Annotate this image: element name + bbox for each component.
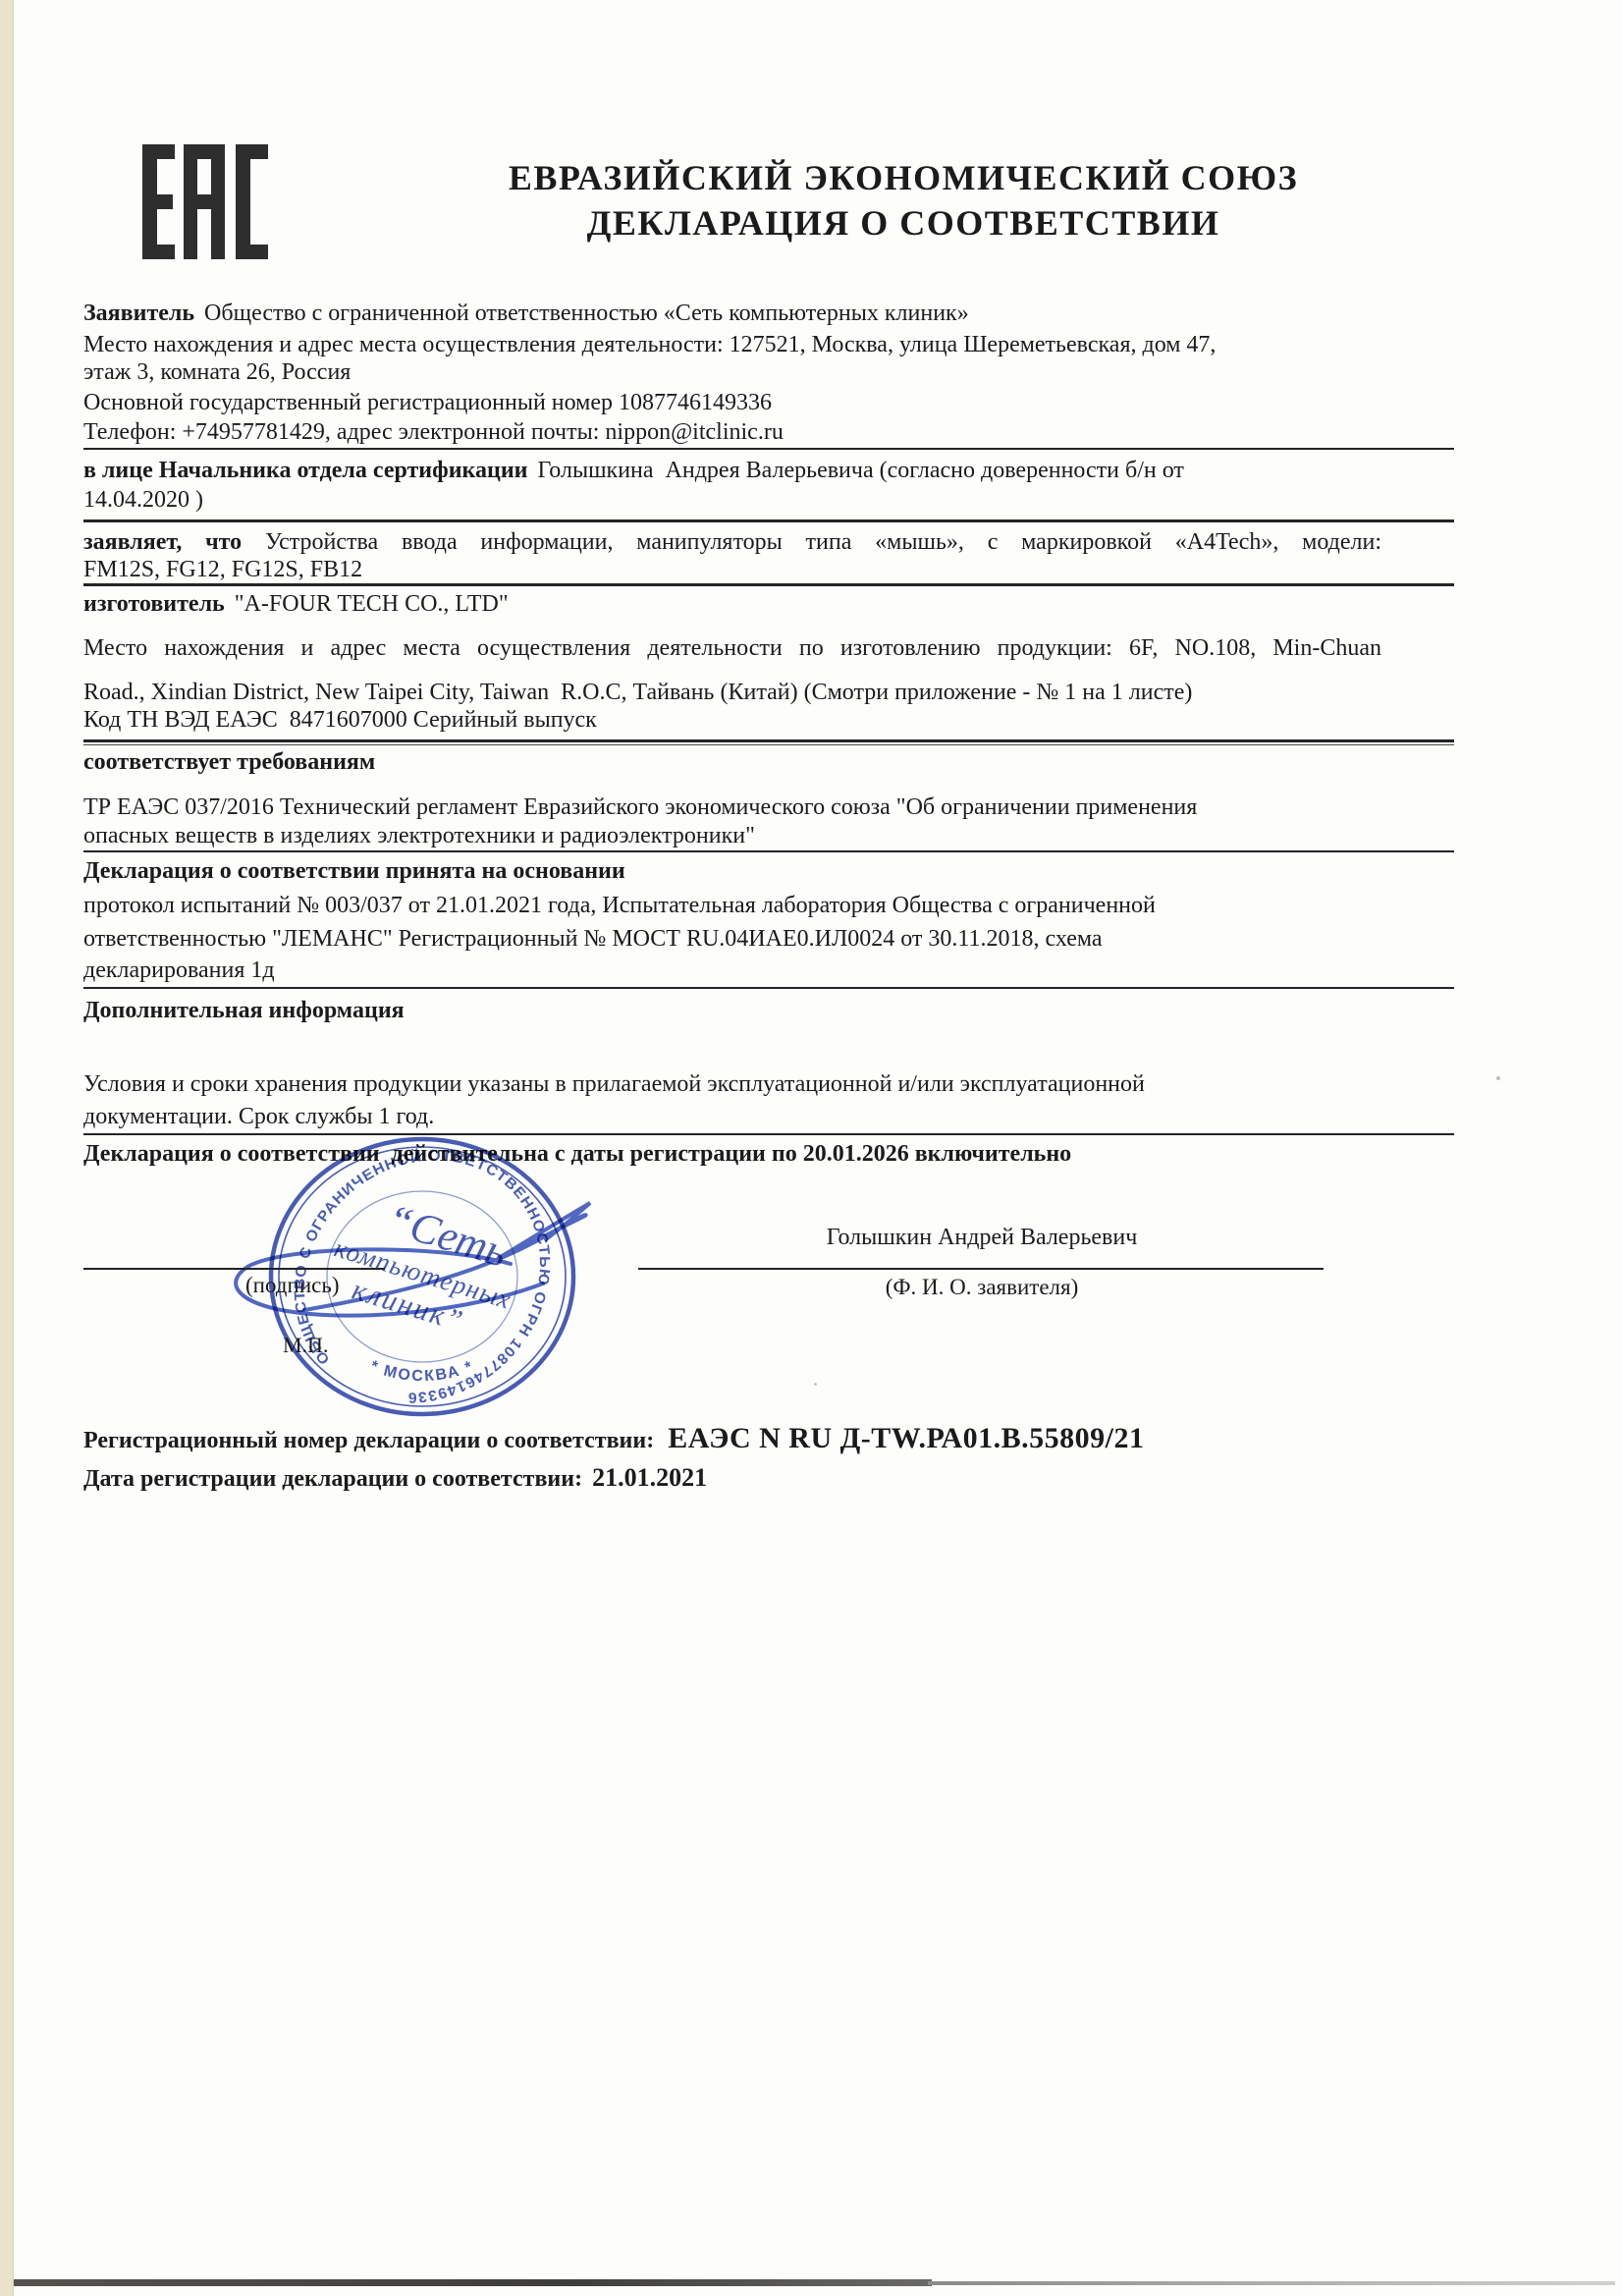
signer-name-caption: (Ф. И. О. заявителя)	[638, 1275, 1325, 1300]
applicant-name-line: ЗаявительОбщество с ограниченной ответст…	[83, 301, 969, 327]
applicant-address-line-2: этаж 3, комната 26, Россия	[83, 359, 351, 386]
registration-number-value: ЕАЭС N RU Д-TW.РА01.В.55809/21	[668, 1422, 1144, 1454]
representative-label: в лице Начальника отдела сертификации	[83, 458, 528, 483]
section-divider-5	[83, 850, 1454, 852]
declares-text: Устройства ввода информации, манипулятор…	[242, 529, 1381, 555]
signature-caption: (подпись)	[245, 1273, 339, 1298]
title-line-2: ДЕКЛАРАЦИЯ О СООТВЕТСТВИИ	[295, 200, 1512, 246]
basis-line-3: декларирования 1д	[83, 957, 275, 984]
basis-label: Декларация о соответствии принята на осн…	[83, 858, 625, 885]
applicant-name: Общество с ограниченной ответственностью…	[204, 301, 969, 326]
section-divider-3	[83, 583, 1454, 586]
signer-name: Голышкин Андрей Валерьевич	[638, 1225, 1325, 1251]
section-divider-1	[83, 448, 1454, 450]
signature-line	[83, 1268, 385, 1270]
manufacturer-name: "A-FOUR TECH CO., LTD"	[235, 591, 509, 617]
manufacturer-label: изготовитель	[83, 591, 225, 617]
registration-date-line: Дата регистрации декларации о соответств…	[83, 1463, 707, 1493]
registration-number-label: Регистрационный номер декларации о соотв…	[83, 1428, 654, 1453]
manufacturer-line: изготовитель"A-FOUR TECH CO., LTD"	[83, 591, 509, 618]
registration-date-label: Дата регистрации декларации о соответств…	[83, 1466, 582, 1492]
declares-line: заявляет, что Устройства ввода информаци…	[83, 529, 1381, 556]
additional-label: Дополнительная информация	[83, 998, 405, 1024]
applicant-ogrn-line: Основной государственный регистрационный…	[83, 390, 772, 416]
seal-caption: М.П.	[283, 1333, 328, 1358]
section-divider-2	[83, 519, 1454, 522]
title-line-1: ЕВРАЗИЙСКИЙ ЭКОНОМИЧЕСКИЙ СОЮЗ	[295, 155, 1512, 200]
tnved-line: Код ТН ВЭД ЕАЭС 8471607000 Серийный выпу…	[83, 707, 597, 734]
section-divider-6	[83, 987, 1454, 989]
scan-speck	[814, 1383, 817, 1386]
compliance-label: соответствует требованиям	[83, 749, 375, 776]
registration-date-value: 21.01.2021	[592, 1463, 707, 1492]
basis-line-1: протокол испытаний № 003/037 от 21.01.20…	[83, 893, 1156, 919]
scan-speck	[1496, 1076, 1500, 1080]
page-title: ЕВРАЗИЙСКИЙ ЭКОНОМИЧЕСКИЙ СОЮЗ ДЕКЛАРАЦИ…	[295, 155, 1512, 246]
basis-line-2: ответственностью "ЛЕМАНС" Регистрационны…	[83, 926, 1103, 953]
manufacturer-address-line-2: Road., Xindian District, New Taipei City…	[83, 680, 1192, 706]
representative-line-1: в лице Начальника отдела сертификацииГол…	[83, 458, 1184, 484]
left-scan-edge	[0, 0, 14, 2296]
applicant-contacts-line: Телефон: +74957781429, адрес электронной…	[83, 419, 784, 446]
representative-line-2: 14.04.2020 )	[83, 487, 203, 514]
models-line: FM12S, FG12, FG12S, FB12	[83, 557, 362, 583]
bottom-scan-edge	[14, 2279, 932, 2286]
additional-line-1: Условия и сроки хранения продукции указа…	[83, 1071, 1145, 1098]
signature-strokes	[211, 1178, 761, 1350]
section-divider-4b	[83, 744, 1454, 745]
registration-number-line: Регистрационный номер декларации о соотв…	[83, 1422, 1145, 1455]
section-divider-4	[83, 739, 1454, 742]
declares-label: заявляет, что	[83, 529, 242, 555]
bottom-scan-edge-light	[928, 2281, 1615, 2285]
signer-name-line	[638, 1268, 1324, 1270]
document-page: ЕВРАЗИЙСКИЙ ЭКОНОМИЧЕСКИЙ СОЮЗ ДЕКЛАРАЦИ…	[0, 0, 1623, 2296]
manufacturer-address-line-1: Место нахождения и адрес места осуществл…	[83, 635, 1381, 662]
applicant-label: Заявитель	[83, 301, 194, 326]
representative-text: Голышкина Андрея Валерьевича (согласно д…	[538, 458, 1184, 483]
compliance-line-2: опасных веществ в изделиях электротехник…	[83, 823, 755, 849]
eac-logo	[142, 144, 268, 259]
applicant-address-line-1: Место нахождения и адрес места осуществл…	[83, 332, 1216, 358]
compliance-line-1: ТР ЕАЭС 037/2016 Технический регламент Е…	[83, 794, 1197, 821]
